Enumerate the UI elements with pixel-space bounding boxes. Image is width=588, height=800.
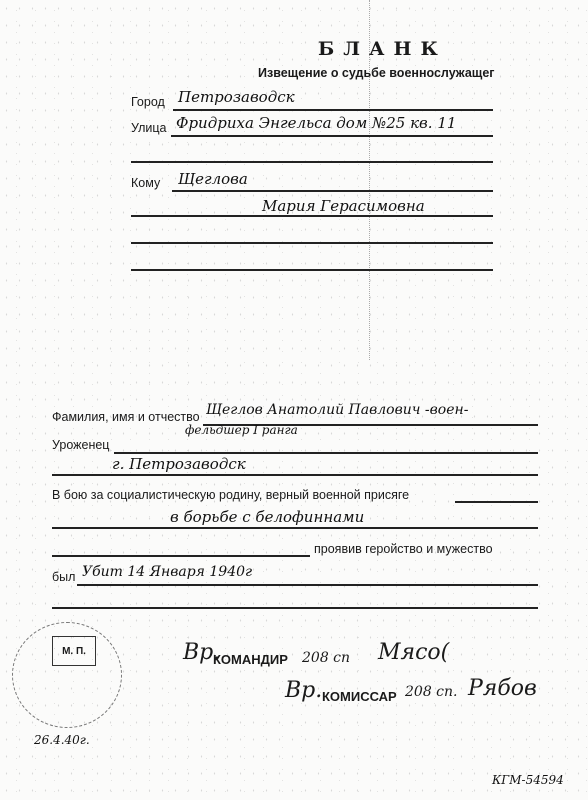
to-underline <box>172 190 493 192</box>
city-underline <box>173 109 493 111</box>
archive-number: КГМ-54594 <box>492 773 564 787</box>
commissar-signature: Рябов <box>468 676 537 701</box>
commander-label: КОМАНДИР <box>213 652 288 667</box>
birthplace-value: г. Петрозаводск <box>112 455 246 473</box>
seal-placeholder: М. П. <box>52 636 96 666</box>
to-name-underline <box>131 215 493 217</box>
fullname-label: Фамилия, имя и отчество <box>52 410 200 424</box>
commander-signature: Мясо( <box>378 640 449 665</box>
street-label: Улица <box>131 121 167 135</box>
to-surname: Щеглова <box>178 170 248 188</box>
was-underline <box>77 584 538 586</box>
city-value: Петрозаводск <box>178 88 295 106</box>
address-line-4 <box>131 269 493 271</box>
battle-text: В бою за социалистическую родину, верный… <box>52 488 409 502</box>
birthplace-label: Уроженец <box>52 438 109 452</box>
address-extra-line <box>131 161 493 163</box>
city-label: Город <box>131 95 165 109</box>
battle-line-2 <box>52 527 538 529</box>
form-subtitle: Извещение о судьбе военнослужащег <box>258 66 494 80</box>
heroism-underline <box>52 555 310 557</box>
was-line-2 <box>52 607 538 609</box>
commissar-label: КОМИССАР <box>322 689 397 704</box>
to-name: Мария Герасимовна <box>262 197 425 215</box>
to-label: Кому <box>131 176 160 190</box>
was-value: Убит 14 Января 1940г <box>82 564 252 580</box>
street-value: Фридриха Энгельса дом №25 кв. 11 <box>176 114 456 132</box>
heroism-text: проявив геройство и мужество <box>314 542 493 556</box>
address-line-3 <box>131 242 493 244</box>
commander-unit: 208 сп <box>302 650 350 666</box>
birthplace-line-2 <box>52 474 538 476</box>
birthplace-underline <box>114 452 538 454</box>
battle-underline <box>455 501 538 503</box>
was-label: был <box>52 570 75 584</box>
form-title: БЛАНК <box>318 38 447 60</box>
battle-value: в борьбе с белофиннами <box>170 508 364 526</box>
commissar-unit: 208 сп. <box>405 684 457 700</box>
fullname-value-cont: фельдшер I ранга <box>185 423 298 437</box>
street-underline <box>171 135 493 137</box>
stamp-date: 26.4.40г. <box>34 733 90 747</box>
commissar-prefix: Вр. <box>285 678 322 703</box>
fullname-value: Щеглов Анатолий Павлович -воен- <box>206 402 468 418</box>
